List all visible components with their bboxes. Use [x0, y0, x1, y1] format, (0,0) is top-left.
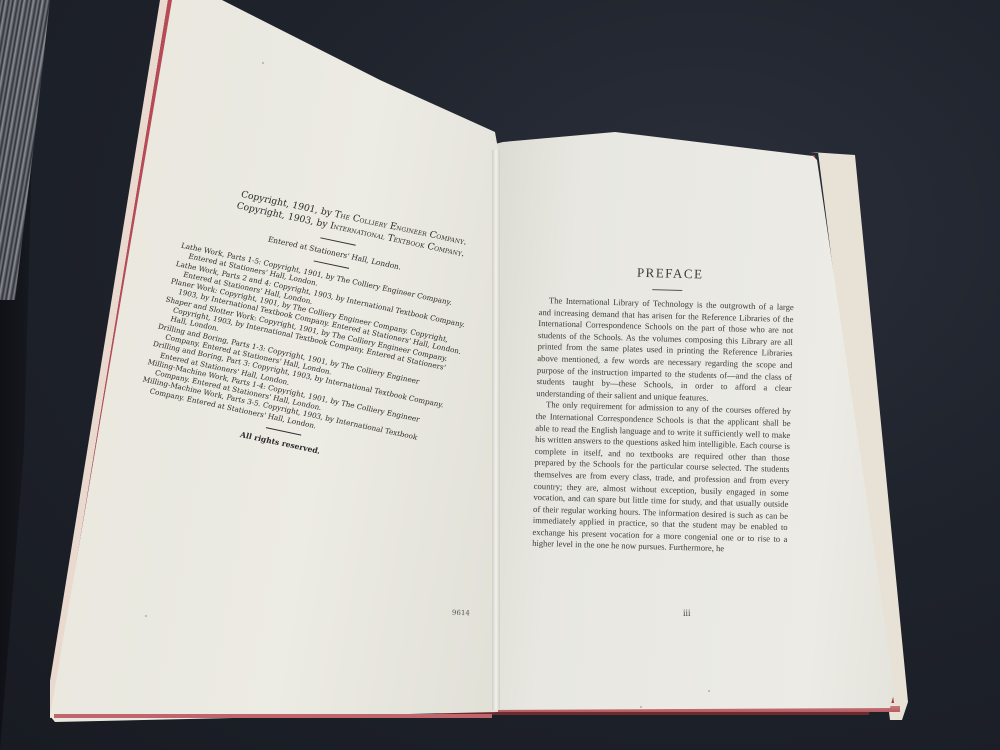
paper-speck	[145, 615, 147, 617]
divider-rule	[314, 260, 349, 268]
left-page-folio: 9614	[452, 609, 470, 618]
book-gutter	[492, 150, 500, 710]
right-page-folio: iii	[683, 608, 691, 618]
title-rule	[652, 289, 682, 291]
paper-speck	[262, 62, 264, 64]
paper-speck	[708, 690, 710, 692]
page-bottom-edge-left	[54, 714, 492, 718]
divider-rule	[320, 237, 355, 245]
paper-speck	[640, 706, 642, 708]
preface-paragraph: The only requirement for admission to an…	[532, 399, 791, 557]
preface-paragraph: The International Library of Technology …	[536, 295, 794, 406]
divider-rule	[266, 427, 301, 435]
photo-scene: Copyright, 1901, by The Colliery Enginee…	[0, 0, 1000, 750]
preface-section: PREFACE The International Library of Tec…	[532, 262, 795, 557]
